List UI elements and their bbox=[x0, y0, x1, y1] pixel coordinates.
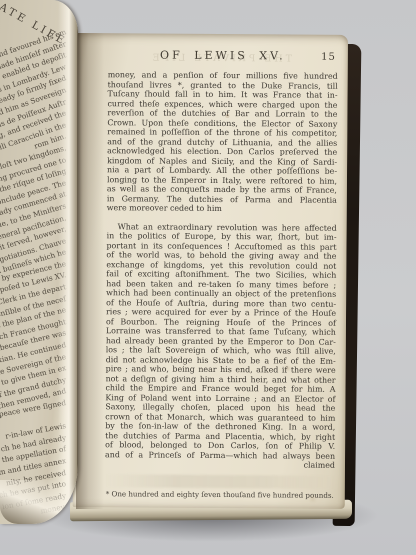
photo-background: THE PRIVATE LIFE OF LEWIS XV. 15 money, … bbox=[0, 0, 416, 555]
paragraph-continuation: money, and a penſion of four millions fi… bbox=[107, 70, 338, 214]
page-number: 15 bbox=[321, 52, 336, 64]
text-line: and of a Princeſs of Parma—which had alw… bbox=[105, 450, 335, 461]
page-title: OF LEWIS XV. bbox=[160, 49, 286, 63]
paper-foxing-spots bbox=[225, 114, 229, 118]
bleedthrough-smudge bbox=[105, 474, 335, 489]
text-line: claimed bbox=[105, 459, 335, 470]
paragraph: What an extraordinary revolution was her… bbox=[105, 222, 337, 471]
book-page-verso: ATE LIFE him, and favoured his emar, be … bbox=[0, 0, 78, 524]
footnote: * One hundred and eighty ſeven thouſand … bbox=[105, 489, 335, 500]
running-header: OF LEWIS XV. 15 bbox=[108, 49, 338, 63]
verso-text: him, and favoured his emar, be made himſ… bbox=[0, 26, 66, 513]
book-page-recto: THE PRIVATE LIFE OF LEWIS XV. 15 money, … bbox=[73, 33, 348, 509]
text-line: were moreover ceded to him bbox=[107, 203, 337, 214]
page-text-column: OF LEWIS XV. 15 money, and a penſion of … bbox=[105, 49, 338, 499]
